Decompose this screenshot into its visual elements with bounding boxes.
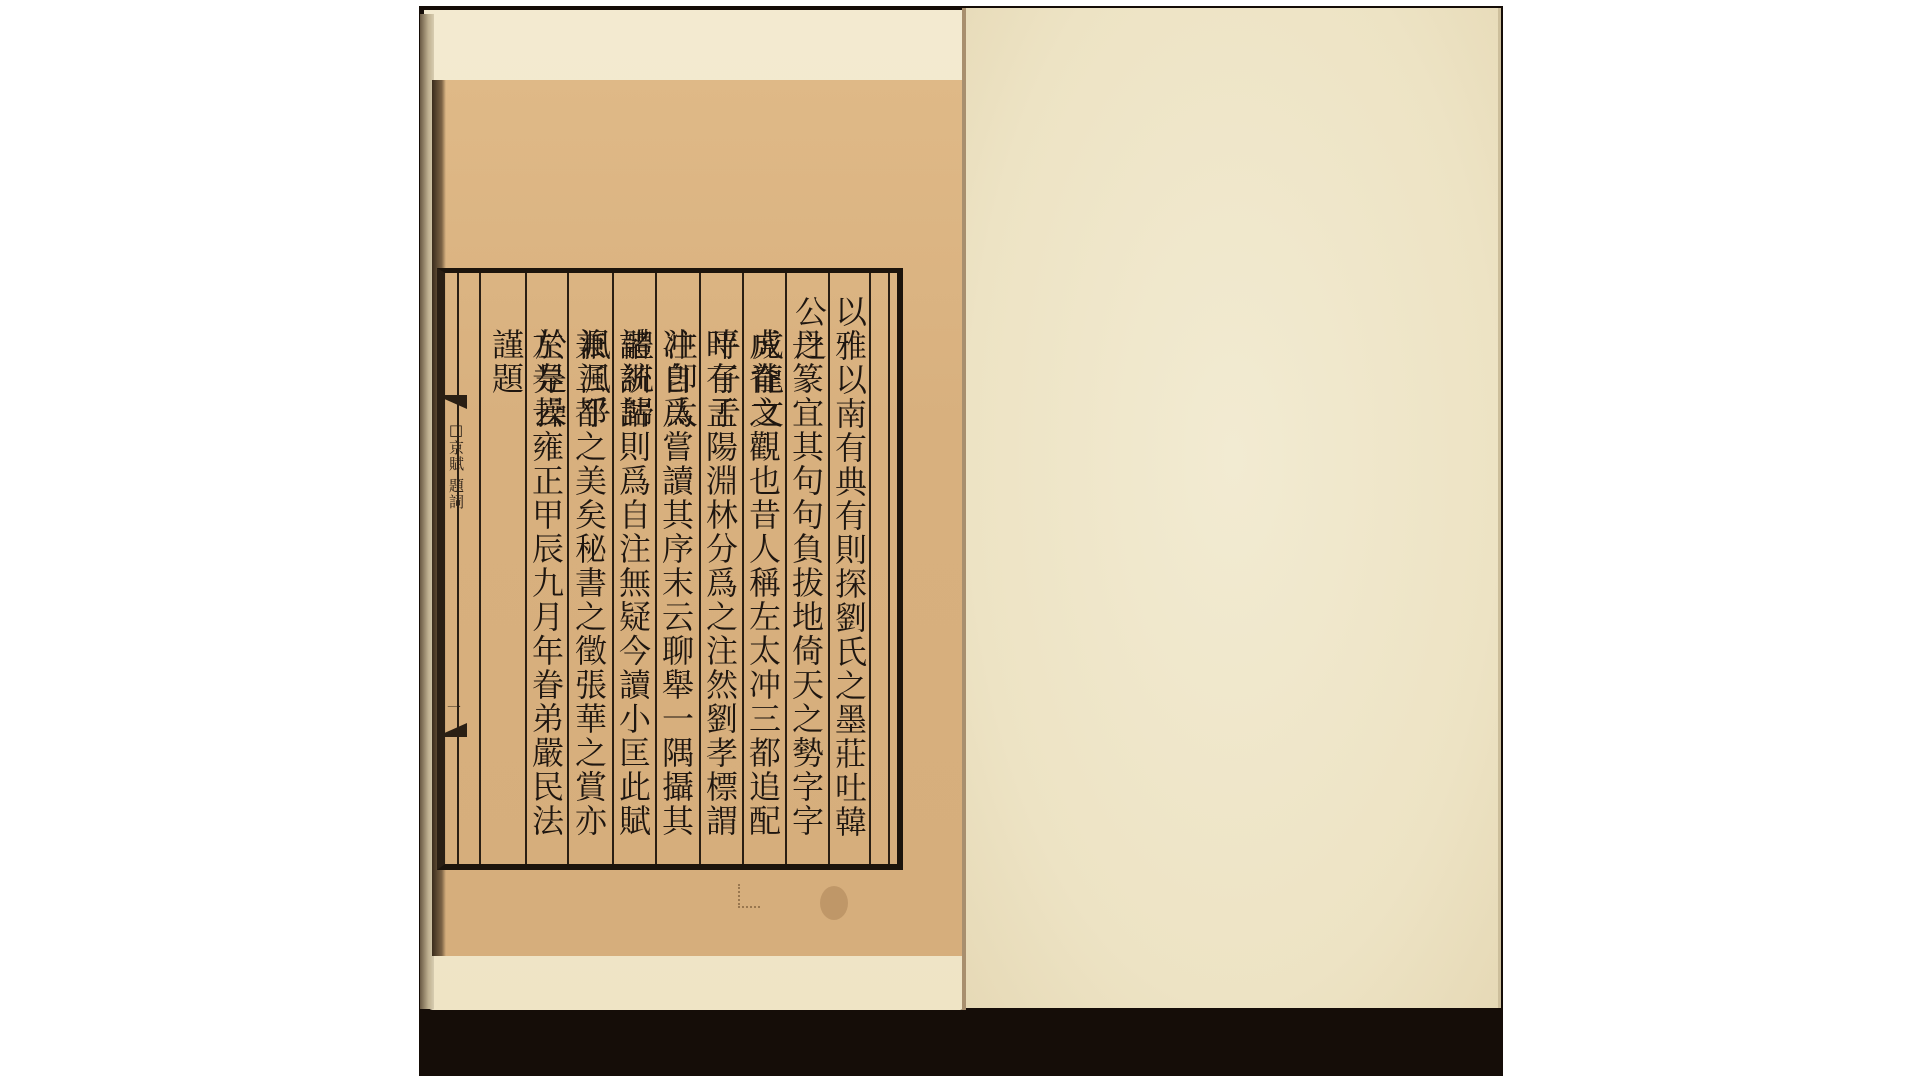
banxin-book-title: □京賦 [447, 421, 465, 472]
right-page-edge [1498, 8, 1501, 1008]
column-rule [479, 273, 481, 864]
banxin-margin: □京賦 題詞 一 [445, 273, 465, 864]
text-column-3: 虎脊之觀也昔人稱左太冲三都追配平子于 [743, 328, 783, 864]
frame-double-rule [888, 273, 890, 864]
text-frame: □京賦 題詞 一 以雅以南有典有則探劉氏之墨莊吐韓公之 丹篆宜其句句負拔地倚天之… [437, 268, 903, 870]
banxin-title: □京賦 題詞 [446, 421, 464, 510]
text-column-4: 時有孟陽淵林分爲之注然劉孝標謂注卽太 [700, 328, 740, 864]
banxin-page-number: 一 [447, 698, 461, 718]
faint-mark [738, 884, 760, 908]
fish-tail-bottom-icon [445, 723, 467, 737]
right-page-blank [966, 8, 1501, 1008]
paper-stain [820, 886, 848, 920]
text-column-2: 丹篆宜其句句負拔地倚天之勢字字成龍文 [786, 328, 826, 864]
text-column-5: 冲自爲嘗讀其序末云聊舉一隅攝其體統歸 [656, 328, 696, 864]
fish-tail-top-icon [445, 395, 467, 409]
text-column-6: 諸訓詁則爲自注無疑今讀小匡此賦渢渢乎 [613, 328, 653, 864]
banxin-section: 題詞 [447, 478, 465, 510]
text-column-7: 兼三都之美矣秘書之徵張華之賞亦於是操 [569, 328, 609, 864]
text-column-1: 以雅以南有典有則探劉氏之墨莊吐韓公之 [829, 295, 869, 864]
text-column-8: 左券云雍正甲辰九月年眷弟嚴民法謹題 [526, 328, 566, 864]
column-rule [869, 273, 871, 864]
